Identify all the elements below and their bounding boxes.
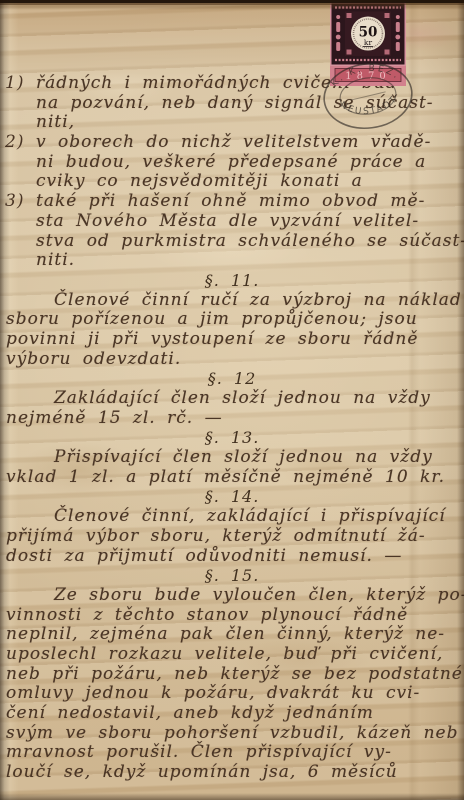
- manuscript-line-text: Ze sboru bude vyloučen člen, kterýž po-: [54, 585, 464, 605]
- manuscript-line: Přispívající člen složí jednou na vždy: [0, 448, 464, 468]
- section-heading: §. 12: [0, 369, 464, 389]
- manuscript-text: 1)řádných i mimořádných cvičení buďna po…: [0, 74, 464, 783]
- manuscript-line-text: čení nedostavil, aneb když jednáním: [6, 703, 374, 723]
- svg-text:K. K. BEZ.: K. K. BEZ.: [328, 60, 403, 90]
- section-heading: §. 14.: [0, 487, 464, 507]
- manuscript-line-text: Členové činní, zakládající i přispívajíc…: [54, 506, 446, 526]
- manuscript-line-text: omluvy jednou k požáru, dvakrát ku cvi-: [6, 683, 420, 703]
- manuscript-line: svým ve sboru pohoršení vzbudil, kázeň n…: [0, 724, 464, 744]
- manuscript-line-text: vinnosti z těchto stanov plynoucí řádně: [6, 605, 408, 625]
- paper-edge-top: [0, 0, 464, 10]
- manuscript-line-text: dosti za přijmutí odůvodniti nemusí. —: [6, 546, 402, 566]
- manuscript-line: Zakládající člen složí jednou na vždy: [0, 389, 464, 409]
- manuscript-line-text: Přispívající člen složí jednou na vždy: [54, 447, 433, 467]
- manuscript-line-text: sboru pořízenou a jim propůjčenou; jsou: [6, 309, 418, 329]
- manuscript-line: 3)také při hašení ohně mimo obvod mě-: [0, 192, 464, 212]
- manuscript-line: mravnost porušil. Člen přispívající vy-: [0, 743, 464, 763]
- manuscript-line: loučí se, když upomínán jsa, 6 měsíců: [0, 763, 464, 783]
- stamp-unit: kr: [364, 38, 373, 47]
- manuscript-line: cviky co nejsvědomitěji konati a: [0, 172, 464, 192]
- manuscript-page: 1)řádných i mimořádných cvičení buďna po…: [0, 0, 464, 800]
- manuscript-line: neplnil, zejména pak člen činný, kterýž …: [0, 625, 464, 645]
- manuscript-line-text: nejméně 15 zl. rč. —: [6, 408, 223, 428]
- manuscript-line-text: Zakládající člen složí jednou na vždy: [54, 388, 431, 408]
- paper-edge-bottom: [0, 793, 464, 800]
- manuscript-line: Ze sboru bude vyloučen člen, kterýž po-: [0, 586, 464, 606]
- manuscript-line: vklad 1 zl. a platí měsíčně nejméně 10 k…: [0, 468, 464, 488]
- manuscript-line: dosti za přijmutí odůvodniti nemusí. —: [0, 547, 464, 567]
- manuscript-line: niti.: [0, 251, 464, 271]
- manuscript-line-text: uposlechl rozkazu velitele, buď při cvič…: [6, 644, 443, 664]
- manuscript-line: uposlechl rozkazu velitele, buď při cvič…: [0, 645, 464, 665]
- manuscript-line: neb při požáru, neb kterýž se bez podsta…: [0, 665, 464, 685]
- svg-text:NEUSTADT: NEUSTADT: [337, 93, 402, 120]
- manuscript-line-text: vklad 1 zl. a platí měsíčně nejméně 10 k…: [6, 467, 445, 487]
- manuscript-line-text: sta Nového Města dle vyzvání velitel-: [36, 211, 419, 231]
- manuscript-line: nejméně 15 zl. rč. —: [0, 409, 464, 429]
- manuscript-line: přijímá výbor sboru, kterýž odmítnutí žá…: [0, 527, 464, 547]
- manuscript-line-text: stva od purkmistra schváleného se súčast…: [36, 231, 464, 251]
- manuscript-line-text: ni budou, veškeré předepsané práce a: [36, 152, 426, 172]
- manuscript-line-text: cviky co nejsvědomitěji konati a: [36, 171, 363, 191]
- manuscript-line-text: povinni ji při vystoupení ze sboru řádně: [6, 329, 418, 349]
- manuscript-line-text: také při hašení ohně mimo obvod mě-: [36, 191, 425, 211]
- manuscript-line: vinnosti z těchto stanov plynoucí řádně: [0, 606, 464, 626]
- manuscript-line: výboru odevzdati.: [0, 350, 464, 370]
- manuscript-line-text: svým ve sboru pohoršení vzbudil, kázeň n…: [6, 723, 459, 743]
- postmark-top-text: K. K. BEZ.: [328, 60, 403, 90]
- manuscript-line: čení nedostavil, aneb když jednáním: [0, 704, 464, 724]
- manuscript-line: Členové činní, zakládající i přispívajíc…: [0, 507, 464, 527]
- manuscript-line-text: mravnost porušil. Člen přispívající vy-: [6, 742, 392, 762]
- postmark: K. K. BEZ. NEUSTADT: [316, 54, 420, 137]
- manuscript-line: sta Nového Města dle vyzvání velitel-: [0, 212, 464, 232]
- manuscript-line-text: přijímá výbor sboru, kterýž odmítnutí žá…: [6, 526, 426, 546]
- section-heading: §. 13.: [0, 428, 464, 448]
- manuscript-line-text: v oborech do nichž velitelstvem vřadě-: [36, 132, 431, 152]
- manuscript-line-text: Členové činní ručí za výzbroj na náklad: [54, 290, 462, 310]
- postmark-bottom-text: NEUSTADT: [337, 93, 402, 120]
- paper-edge-right: [457, 0, 464, 800]
- manuscript-line-text: neplnil, zejména pak člen činný, kterýž …: [6, 624, 445, 644]
- manuscript-line: 2)v oborech do nichž velitelstvem vřadě-: [0, 133, 464, 153]
- postmark-art: K. K. BEZ. NEUSTADT: [316, 54, 420, 137]
- manuscript-line: omluvy jednou k požáru, dvakrát ku cvi-: [0, 684, 464, 704]
- manuscript-line-text: niti,: [36, 112, 75, 132]
- manuscript-line-text: neb při požáru, neb kterýž se bez podsta…: [6, 664, 463, 684]
- manuscript-line-text: výboru odevzdati.: [6, 349, 181, 369]
- paper-edge-left: [0, 0, 10, 800]
- section-heading: §. 11.: [0, 271, 464, 291]
- manuscript-line-text: loučí se, když upomínán jsa, 6 měsíců: [6, 762, 398, 782]
- manuscript-line: ni budou, veškeré předepsané práce a: [0, 153, 464, 173]
- section-heading: §. 15.: [0, 566, 464, 586]
- manuscript-line: stva od purkmistra schváleného se súčast…: [0, 232, 464, 252]
- manuscript-line: sboru pořízenou a jim propůjčenou; jsou: [0, 310, 464, 330]
- manuscript-line: povinni ji při vystoupení ze sboru řádně: [0, 330, 464, 350]
- manuscript-line: Členové činní ručí za výzbroj na náklad: [0, 291, 464, 311]
- manuscript-line-text: niti.: [36, 250, 75, 270]
